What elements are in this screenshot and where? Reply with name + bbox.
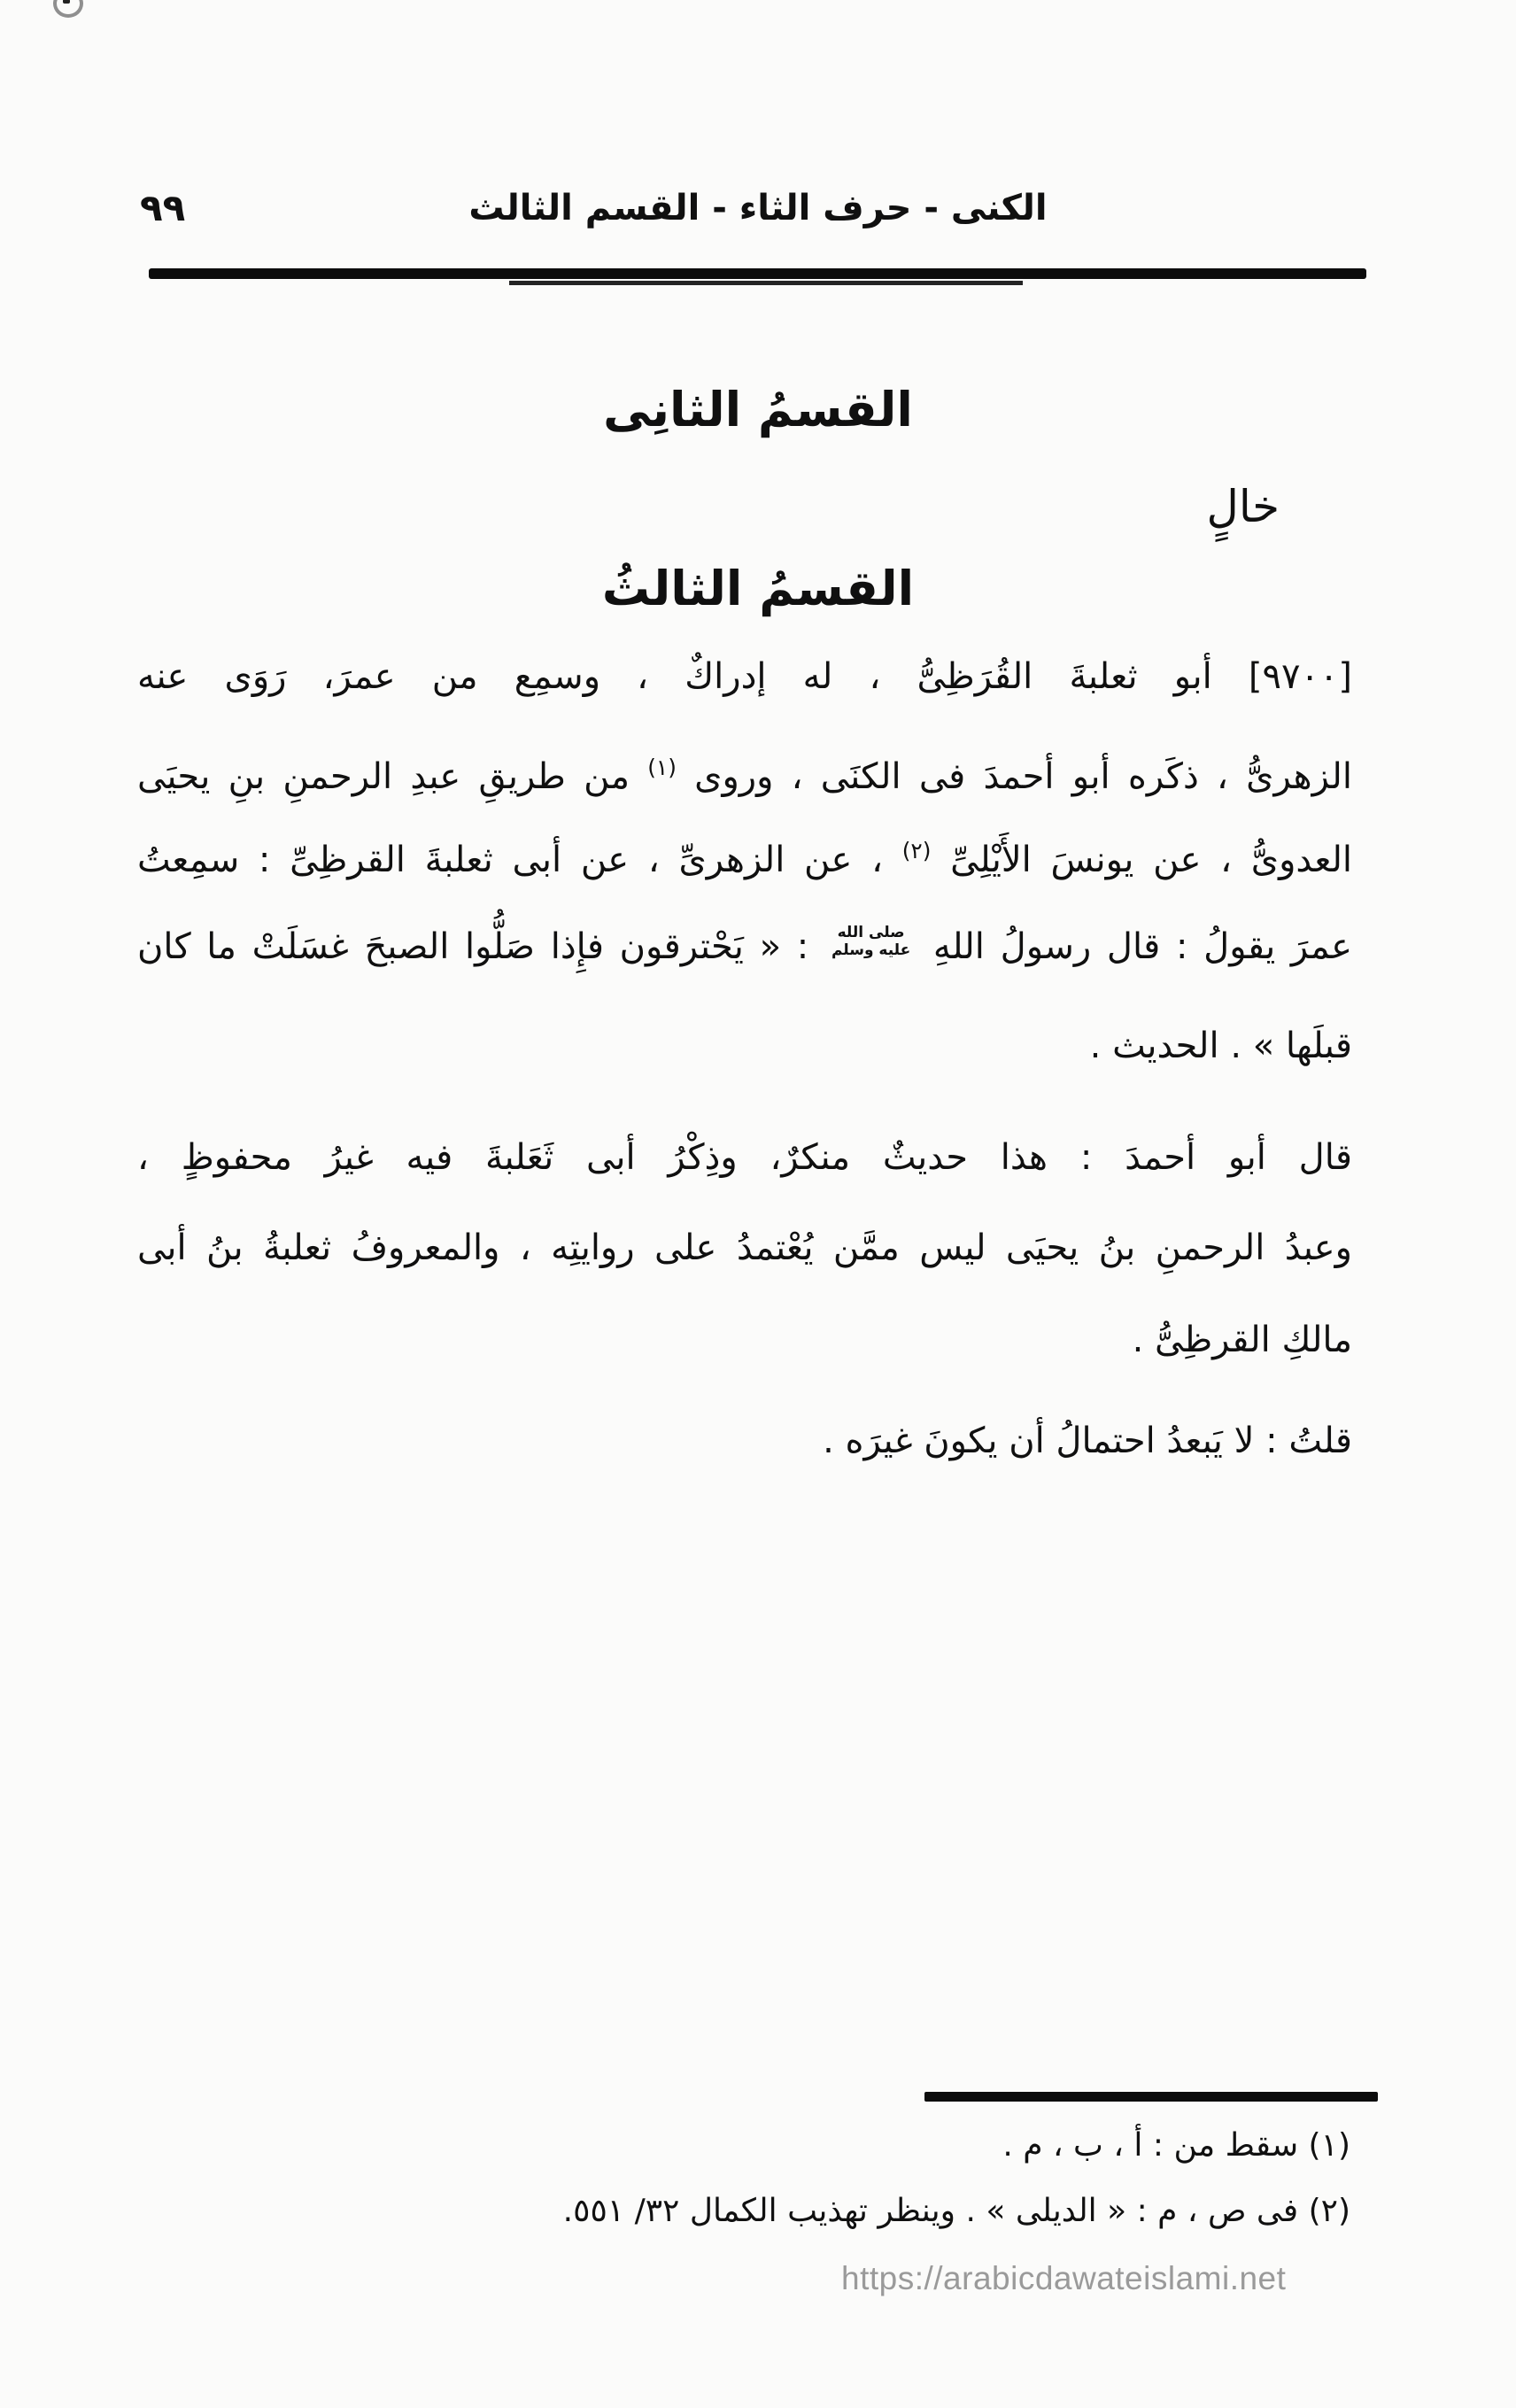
entry-line: مالكِ القرظِىُّ .	[137, 1314, 1352, 1366]
footnote-line: (٢) فى ص ، م : « الديلى » . وينظر تهذيب …	[563, 2189, 1350, 2234]
entry-text-block: [٩٧٠٠] أبو ثعلبةَ القُرَظِىُّ ، له إدراك…	[0, 0, 1516, 2408]
scanned-book-page: ٩٩ الكنى - حرف الثاء - القسم الثالث القس…	[0, 0, 1516, 2408]
entry-line: قلتُ : لا يَبعدُ احتمالُ أن يكونَ غيرَه …	[137, 1415, 1391, 1467]
footnote-line: (١) سقط من : أ ، ب ، م .	[1002, 2124, 1350, 2168]
entry-line: وعبدُ الرحمنِ بنُ يحيَى ليس ممَّن يُعْتم…	[137, 1222, 1352, 1274]
footnote-marker: (٢)	[902, 838, 932, 863]
entry-line: [٩٧٠٠] أبو ثعلبةَ القُرَظِىُّ ، له إدراك…	[137, 651, 1372, 702]
salawat-mark: صلى اللهعليه وسلم	[831, 924, 910, 960]
watermark-url: https://arabicdawateislami.net	[841, 2260, 1286, 2297]
entry-line: عمرَ يقولُ : قال رسولُ اللهِ صلى اللهعلي…	[137, 921, 1352, 972]
footnote-separator	[924, 2092, 1378, 2102]
entry-line: العدوىُّ ، عن يونسَ الأَيْلِىِّ (٢) ، عن…	[137, 834, 1352, 886]
footnote-marker: (١)	[647, 755, 677, 780]
entry-line: قال أبو أحمدَ : هذا حديثٌ منكرٌ، وذِكْرُ…	[137, 1132, 1384, 1183]
entry-line: الزهرىُّ ، ذكَره أبو أحمدَ فى الكنَى ، و…	[137, 751, 1352, 802]
entry-line: قبلَها » . الحديث .	[137, 1020, 1352, 1072]
